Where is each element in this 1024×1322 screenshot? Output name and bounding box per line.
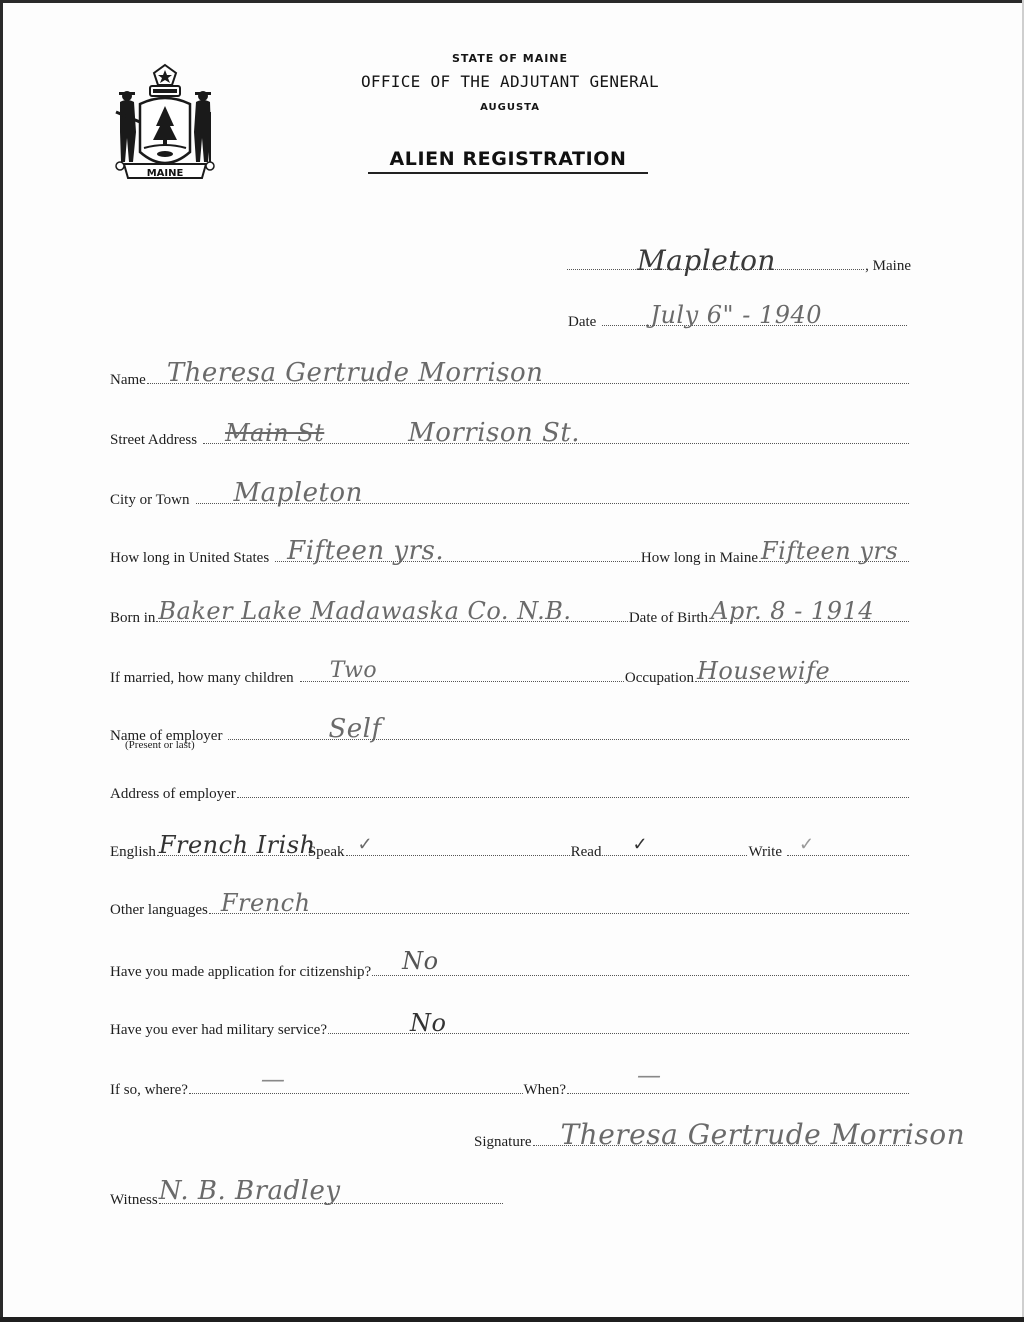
english-label: English: [110, 844, 156, 860]
citizenship-label: Have you made application for citizenshi…: [110, 964, 371, 980]
english-row: English French Irish Speak ✓ Read ✓ Writ…: [110, 838, 910, 860]
residence-duration-row: How long in United States Fifteen yrs. H…: [110, 544, 910, 566]
military-row: Have you ever had military service? No: [110, 1016, 910, 1038]
signature-label: Signature: [474, 1134, 532, 1150]
date-value: July 6" - 1940: [650, 303, 822, 327]
city-value: Mapleton: [234, 481, 363, 505]
employer-name-sublabel: (Present or last): [125, 739, 195, 751]
street-address-field[interactable]: Main St Morrison St.: [203, 442, 909, 444]
date-row: Date July 6" - 1940: [568, 308, 908, 330]
dob-label: Date of Birth: [629, 610, 708, 626]
children-field[interactable]: Two: [300, 680, 624, 682]
street-address-struck-value: Main St: [225, 421, 324, 445]
employer-name-row: Name of employer Self: [110, 722, 910, 744]
how-long-maine-field[interactable]: Fifteen yrs: [759, 560, 909, 562]
street-address-value: Morrison St.: [408, 421, 580, 445]
witness-row: Witness N. B. Bradley: [110, 1186, 504, 1208]
employer-address-field[interactable]: [237, 796, 909, 798]
witness-field[interactable]: N. B. Bradley: [159, 1202, 503, 1204]
citizenship-field[interactable]: No: [372, 974, 909, 976]
name-label: Name: [110, 372, 146, 388]
header-office: OFFICE OF THE ADJUTANT GENERAL: [300, 72, 720, 91]
english-field[interactable]: French Irish: [157, 854, 307, 856]
scan-border-bottom: [0, 1317, 1024, 1322]
state-of-maine-seal-icon: MAINE: [110, 62, 220, 188]
name-value: Theresa Gertrude Morrison: [167, 361, 544, 385]
place-suffix: , Maine: [865, 258, 911, 274]
other-languages-label: Other languages: [110, 902, 208, 918]
place-value: Mapleton: [637, 249, 776, 273]
scan-border-left: [0, 0, 3, 1322]
svg-text:MAINE: MAINE: [147, 168, 184, 179]
signature-row: Signature Theresa Gertrude Morrison: [474, 1128, 910, 1150]
where-label: If so, where?: [110, 1082, 188, 1098]
scan-border-top: [0, 0, 1024, 3]
where-value: —: [261, 1067, 286, 1091]
children-value: Two: [330, 659, 377, 683]
witness-value: N. B. Bradley: [159, 1179, 341, 1203]
other-languages-field[interactable]: French: [209, 912, 909, 914]
employer-address-row: Address of employer: [110, 780, 910, 802]
city-row: City or Town Mapleton: [110, 486, 910, 508]
birth-row: Born in Baker Lake Madawaska Co. N.B. Da…: [110, 604, 910, 626]
place-field[interactable]: Mapleton: [567, 268, 864, 270]
other-languages-row: Other languages French: [110, 896, 910, 918]
service-location-row: If so, where? — When? —: [110, 1076, 910, 1098]
write-check-icon: ✓: [799, 833, 815, 857]
employer-name-value: Self: [328, 717, 381, 741]
header-city: AUGUSTA: [300, 102, 720, 113]
name-row: Name Theresa Gertrude Morrison: [110, 366, 910, 388]
street-address-row: Street Address Main St Morrison St.: [110, 426, 910, 448]
employer-name-field[interactable]: Self: [228, 738, 909, 740]
english-value: French Irish: [159, 833, 316, 857]
speak-field[interactable]: ✓: [346, 854, 570, 856]
children-label: If married, how many children: [110, 670, 294, 686]
other-languages-value: French: [221, 891, 311, 915]
occupation-value: Housewife: [697, 659, 830, 683]
born-in-value: Baker Lake Madawaska Co. N.B.: [158, 599, 571, 623]
citizenship-value: No: [402, 949, 438, 973]
when-label: When?: [524, 1082, 566, 1098]
dob-value: Apr. 8 - 1914: [711, 599, 874, 623]
write-field[interactable]: ✓: [787, 854, 909, 856]
children-occupation-row: If married, how many children Two Occupa…: [110, 664, 910, 686]
street-address-label: Street Address: [110, 432, 197, 448]
where-field[interactable]: —: [189, 1092, 523, 1094]
signature-value: Theresa Gertrude Morrison: [561, 1123, 966, 1147]
date-field[interactable]: July 6" - 1940: [602, 324, 907, 326]
born-in-field[interactable]: Baker Lake Madawaska Co. N.B.: [156, 620, 627, 622]
write-label: Write: [748, 844, 782, 860]
how-long-maine-value: Fifteen yrs: [761, 539, 898, 563]
born-in-label: Born in: [110, 610, 155, 626]
citizenship-row: Have you made application for citizenshi…: [110, 958, 910, 980]
how-long-us-value: Fifteen yrs.: [287, 539, 444, 563]
military-value: No: [410, 1011, 446, 1035]
signature-field[interactable]: Theresa Gertrude Morrison: [533, 1144, 910, 1146]
place-row: Mapleton , Maine: [566, 252, 911, 274]
read-label: Read: [571, 844, 602, 860]
speak-check-icon: ✓: [358, 833, 374, 857]
military-label: Have you ever had military service?: [110, 1022, 327, 1038]
form-title: ALIEN REGISTRATION: [368, 148, 648, 174]
dob-field[interactable]: Apr. 8 - 1914: [709, 620, 909, 622]
read-field[interactable]: ✓: [602, 854, 747, 856]
military-field[interactable]: No: [328, 1032, 909, 1034]
city-label: City or Town: [110, 492, 190, 508]
witness-label: Witness: [110, 1192, 158, 1208]
read-check-icon: ✓: [632, 833, 648, 857]
occupation-field[interactable]: Housewife: [695, 680, 909, 682]
how-long-us-label: How long in United States: [110, 550, 269, 566]
how-long-us-field[interactable]: Fifteen yrs.: [275, 560, 640, 562]
when-value: —: [637, 1063, 662, 1087]
date-label: Date: [568, 314, 596, 330]
how-long-maine-label: How long in Maine: [641, 550, 758, 566]
occupation-label: Occupation: [625, 670, 694, 686]
employer-address-label: Address of employer: [110, 786, 236, 802]
header-state: STATE OF MAINE: [300, 52, 720, 65]
city-field[interactable]: Mapleton: [196, 502, 909, 504]
when-field[interactable]: —: [567, 1092, 909, 1094]
name-field[interactable]: Theresa Gertrude Morrison: [147, 382, 909, 384]
